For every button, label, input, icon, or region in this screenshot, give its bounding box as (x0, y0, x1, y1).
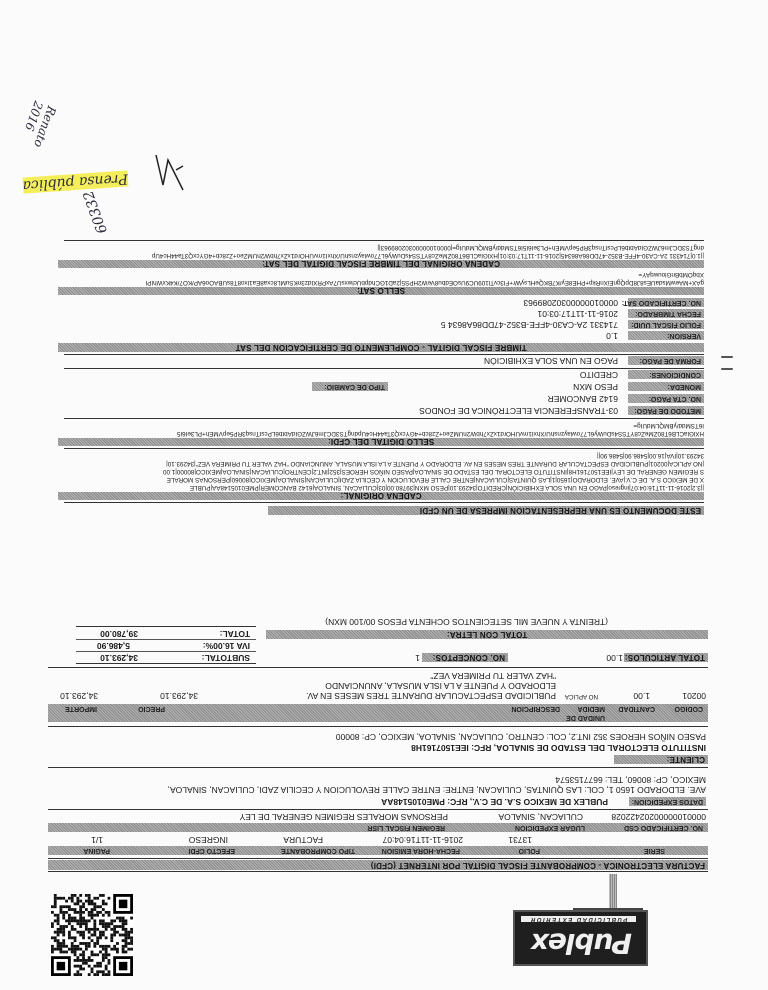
label-forma: FORMA DE PAGO: (628, 356, 704, 365)
sello-sat-line-1: gAX+MAewMsdaUEs8J8DpQgnEiXnRkp+PHE8Ey/K7… (145, 278, 704, 286)
no-conceptos-value: 1 (415, 653, 420, 663)
total-letra: (TREINTA Y NUEVE MIL SETECIENTOS OCHENTA… (325, 617, 608, 627)
cadena-timbre-line-2: dngTS3DCJm6JWZGIdAbtb6LPcstTnsq3RP5epVME… (377, 243, 704, 251)
total-letra-bar: TOTAL CON LETRA: (266, 630, 708, 639)
issuer-name: PUBLEX DE MEXICO S.A. DE C.V., RFC: PME0… (381, 797, 608, 807)
label-metodo: METODO DE PAGO: (628, 406, 704, 415)
label-regimen: REGIMEN FISCAL LISR (364, 823, 448, 832)
logo-post (609, 874, 617, 908)
cell-descripcion-3: "HAZ VALER TU PRIMERA VEZ" (430, 671, 556, 681)
sello-sat-line-2: XbqOMbBnGlouwqAY= (638, 270, 704, 278)
subtotal-label: SUBTOTAL: (202, 653, 250, 663)
value-lugar: CULIACAN, SINALOA (498, 812, 583, 822)
cell-descripcion-1: PUBLICIDAD ESPECTACULAR DURANTE TRES MES… (306, 691, 556, 701)
value-cuenta: 6142 BANCOMER (548, 394, 618, 404)
label-fecha: FECHA-HORA EMISION (379, 846, 463, 855)
label-moneda: MONEDA: (628, 382, 704, 391)
value-certificado: 00001000000202422028 (611, 812, 706, 822)
value-pagina: 1/1 (91, 835, 103, 845)
value-condiciones: CREDITO (580, 370, 618, 380)
invoice-page: Publex PUBLICIDAD EXTERIOR FACTURA ELECT… (0, 0, 768, 990)
label-efecto: EFECTO CFDI (185, 846, 238, 855)
iva-label: IVA 16.00%: (203, 641, 250, 651)
value-fecha: 2016-11-11T16:04:07 (383, 835, 464, 845)
label-cuenta: NO. CTA PAGO: (628, 394, 704, 403)
value-fecha-timbrado: 2016-11-11T17:03:01 (538, 309, 619, 319)
iva-value: 5,486.90 (97, 641, 130, 651)
cell-cantidad: 1.00 (633, 691, 650, 701)
label-serie: SERIE (641, 846, 668, 855)
issuer-address1: AVE. ELDORADO 1650 1, COL: LAS QUINTAS, … (168, 785, 706, 795)
col-importe: IMPORTE (62, 704, 100, 713)
handwritten-note-number: 60332 (81, 188, 111, 235)
col-codigo: CODIGO (672, 704, 706, 713)
qr-code (51, 894, 133, 976)
sello-sat-bar: SELLO SAT: (58, 287, 704, 295)
handwritten-note-name: Renato 2016 (9, 99, 59, 172)
logo-brand: Publex (532, 927, 632, 960)
cadena-line-5: 34293.10|IVA|16.00|5486.90|5486.90|| (597, 451, 704, 459)
issuer-address2: MEXICO, CP: 80060, TEL: 6677153574 (555, 775, 706, 785)
label-folio: FOLIO (516, 846, 543, 855)
value-folio: 13731 (508, 835, 532, 845)
total-label: TOTAL: (220, 629, 250, 639)
col-precio: PRECIO (135, 704, 168, 713)
value-metodo: 03-TRANSFERENCIA ELECTRÓNICA DE FONDOS (419, 406, 618, 416)
cadena-original-bar: CADENA ORIGINAL: (58, 492, 704, 500)
label-tipo: TIPO COMPROBANTE (278, 846, 358, 855)
label-certificado: NO. CERTIFICADO CSD (621, 823, 706, 832)
value-cert-sat: 00001000000302089963 (523, 298, 618, 308)
label-tipo-cambio: TIPO DE CAMBIO: (312, 382, 388, 391)
value-moneda: PESO MXN (573, 382, 618, 392)
no-conceptos-label: NO. CONCEPTOS: (422, 653, 508, 662)
total-value: 39,780.00 (100, 629, 138, 639)
cadena-timbre-bar: CADENA ORIGINAL DEL TIMBRE FISCAL DIGITA… (58, 260, 704, 268)
label-cert-sat: NO. CERTIFICADO SAT: (628, 298, 704, 307)
cadena-line-4: |NO APLICA|00201|PUBLICIDAD ESPECTACULAR… (166, 459, 704, 467)
total-articulos-value: 1.00 (606, 653, 623, 663)
title-bar: FACTURA ELECTRONICA - COMPROBANTE FISCAL… (48, 860, 708, 870)
client-address: PASEO NIÑOS HEROES 352 INT.2, COL: CENTR… (336, 732, 706, 742)
logo-tagline: PUBLICIDAD EXTERIOR (521, 916, 636, 922)
cadena-timbre-line-1: ||1.0|714331 2A-CA30-4FFE-B352-47DD86A86… (152, 251, 704, 259)
label-folio-fiscal: FOLIO FISCAL UUID: (628, 320, 704, 329)
sello-line-1: HXlGlaCLB6T80ZMeZc8YTSS4sDuWy6L77owlayzn… (177, 429, 704, 437)
cadena-line-3: S REGIMEN GENERAL DE LEY|IEE1507161H8|IN… (163, 467, 704, 475)
client-bar: CLIENTE: (614, 755, 708, 764)
cell-precio: 34,293.10 (160, 691, 198, 701)
scan-mark (721, 368, 733, 370)
value-regimen: PERSONAS MORALES REGIMEN GENERAL DE LEY (240, 812, 448, 822)
col-cantidad: CANTIDAD (615, 704, 658, 713)
client-name: INSTITUTO ELECTORAL DEL ESTADO DE SINALO… (411, 743, 706, 753)
total-articulos-label: TOTAL ARTICULOS: (624, 653, 708, 662)
subtotal-value: 34,293.10 (100, 653, 138, 663)
cfd-notice: ESTE DOCUMENTO ES UNA REPRESENTACION IMP… (268, 506, 704, 515)
publex-logo: Publex PUBLICIDAD EXTERIOR (513, 910, 648, 966)
sello-line-2: I6TSMdd/yBMQLMdUIg= (633, 421, 704, 429)
cell-importe: 34,293.10 (60, 691, 98, 701)
label-version: VERSION: (628, 331, 704, 340)
handwritten-note-prensa: Prensa pública (22, 170, 128, 193)
cell-codigo: 00201 (682, 691, 706, 701)
sello-digital-bar: SELLO DIGITAL DEL CFDI: (58, 438, 704, 446)
label-pagina: PAGINA (80, 846, 113, 855)
value-version: 1.0 (606, 331, 618, 341)
timbre-bar: TIMBRE FISCAL DIGITAL - COMPLEMENTO DE C… (58, 343, 704, 352)
value-tipo: FACTURA (283, 835, 323, 845)
label-issuer: DATOS EXPEDICION: (629, 797, 706, 806)
cadena-line-2: X DE MEXICO S.A. DE C.V.|AVE. ELDORADO|1… (167, 475, 704, 483)
label-condiciones: CONDICIONES: (628, 370, 704, 379)
value-forma: PAGO EN UNA SOLA EXHIBICIÓN (484, 356, 618, 366)
cadena-line-1: ||3.2|2016-11-11T16:04:07|ingreso|PAGO E… (190, 483, 704, 491)
label-lugar: LUGAR EXPEDICION (512, 823, 588, 832)
cell-unidad: NO APLICA (565, 692, 598, 700)
label-fecha-timbrado: FECHA TIMBRADO: (628, 309, 704, 318)
value-folio-fiscal: 714331 2A-CA30-4FFE-B352-47DD86A8634 5 (441, 320, 618, 330)
col-descripcion: DESCRIPCION (508, 704, 563, 713)
cell-descripcion-2: ELDORADO Y PUENTE A LA ISLA MUSALA, ANUN… (325, 681, 556, 691)
scan-mark (721, 356, 733, 358)
signature-icon (148, 150, 188, 200)
logo-divider (573, 908, 643, 910)
value-efecto: INGRESO (189, 835, 228, 845)
